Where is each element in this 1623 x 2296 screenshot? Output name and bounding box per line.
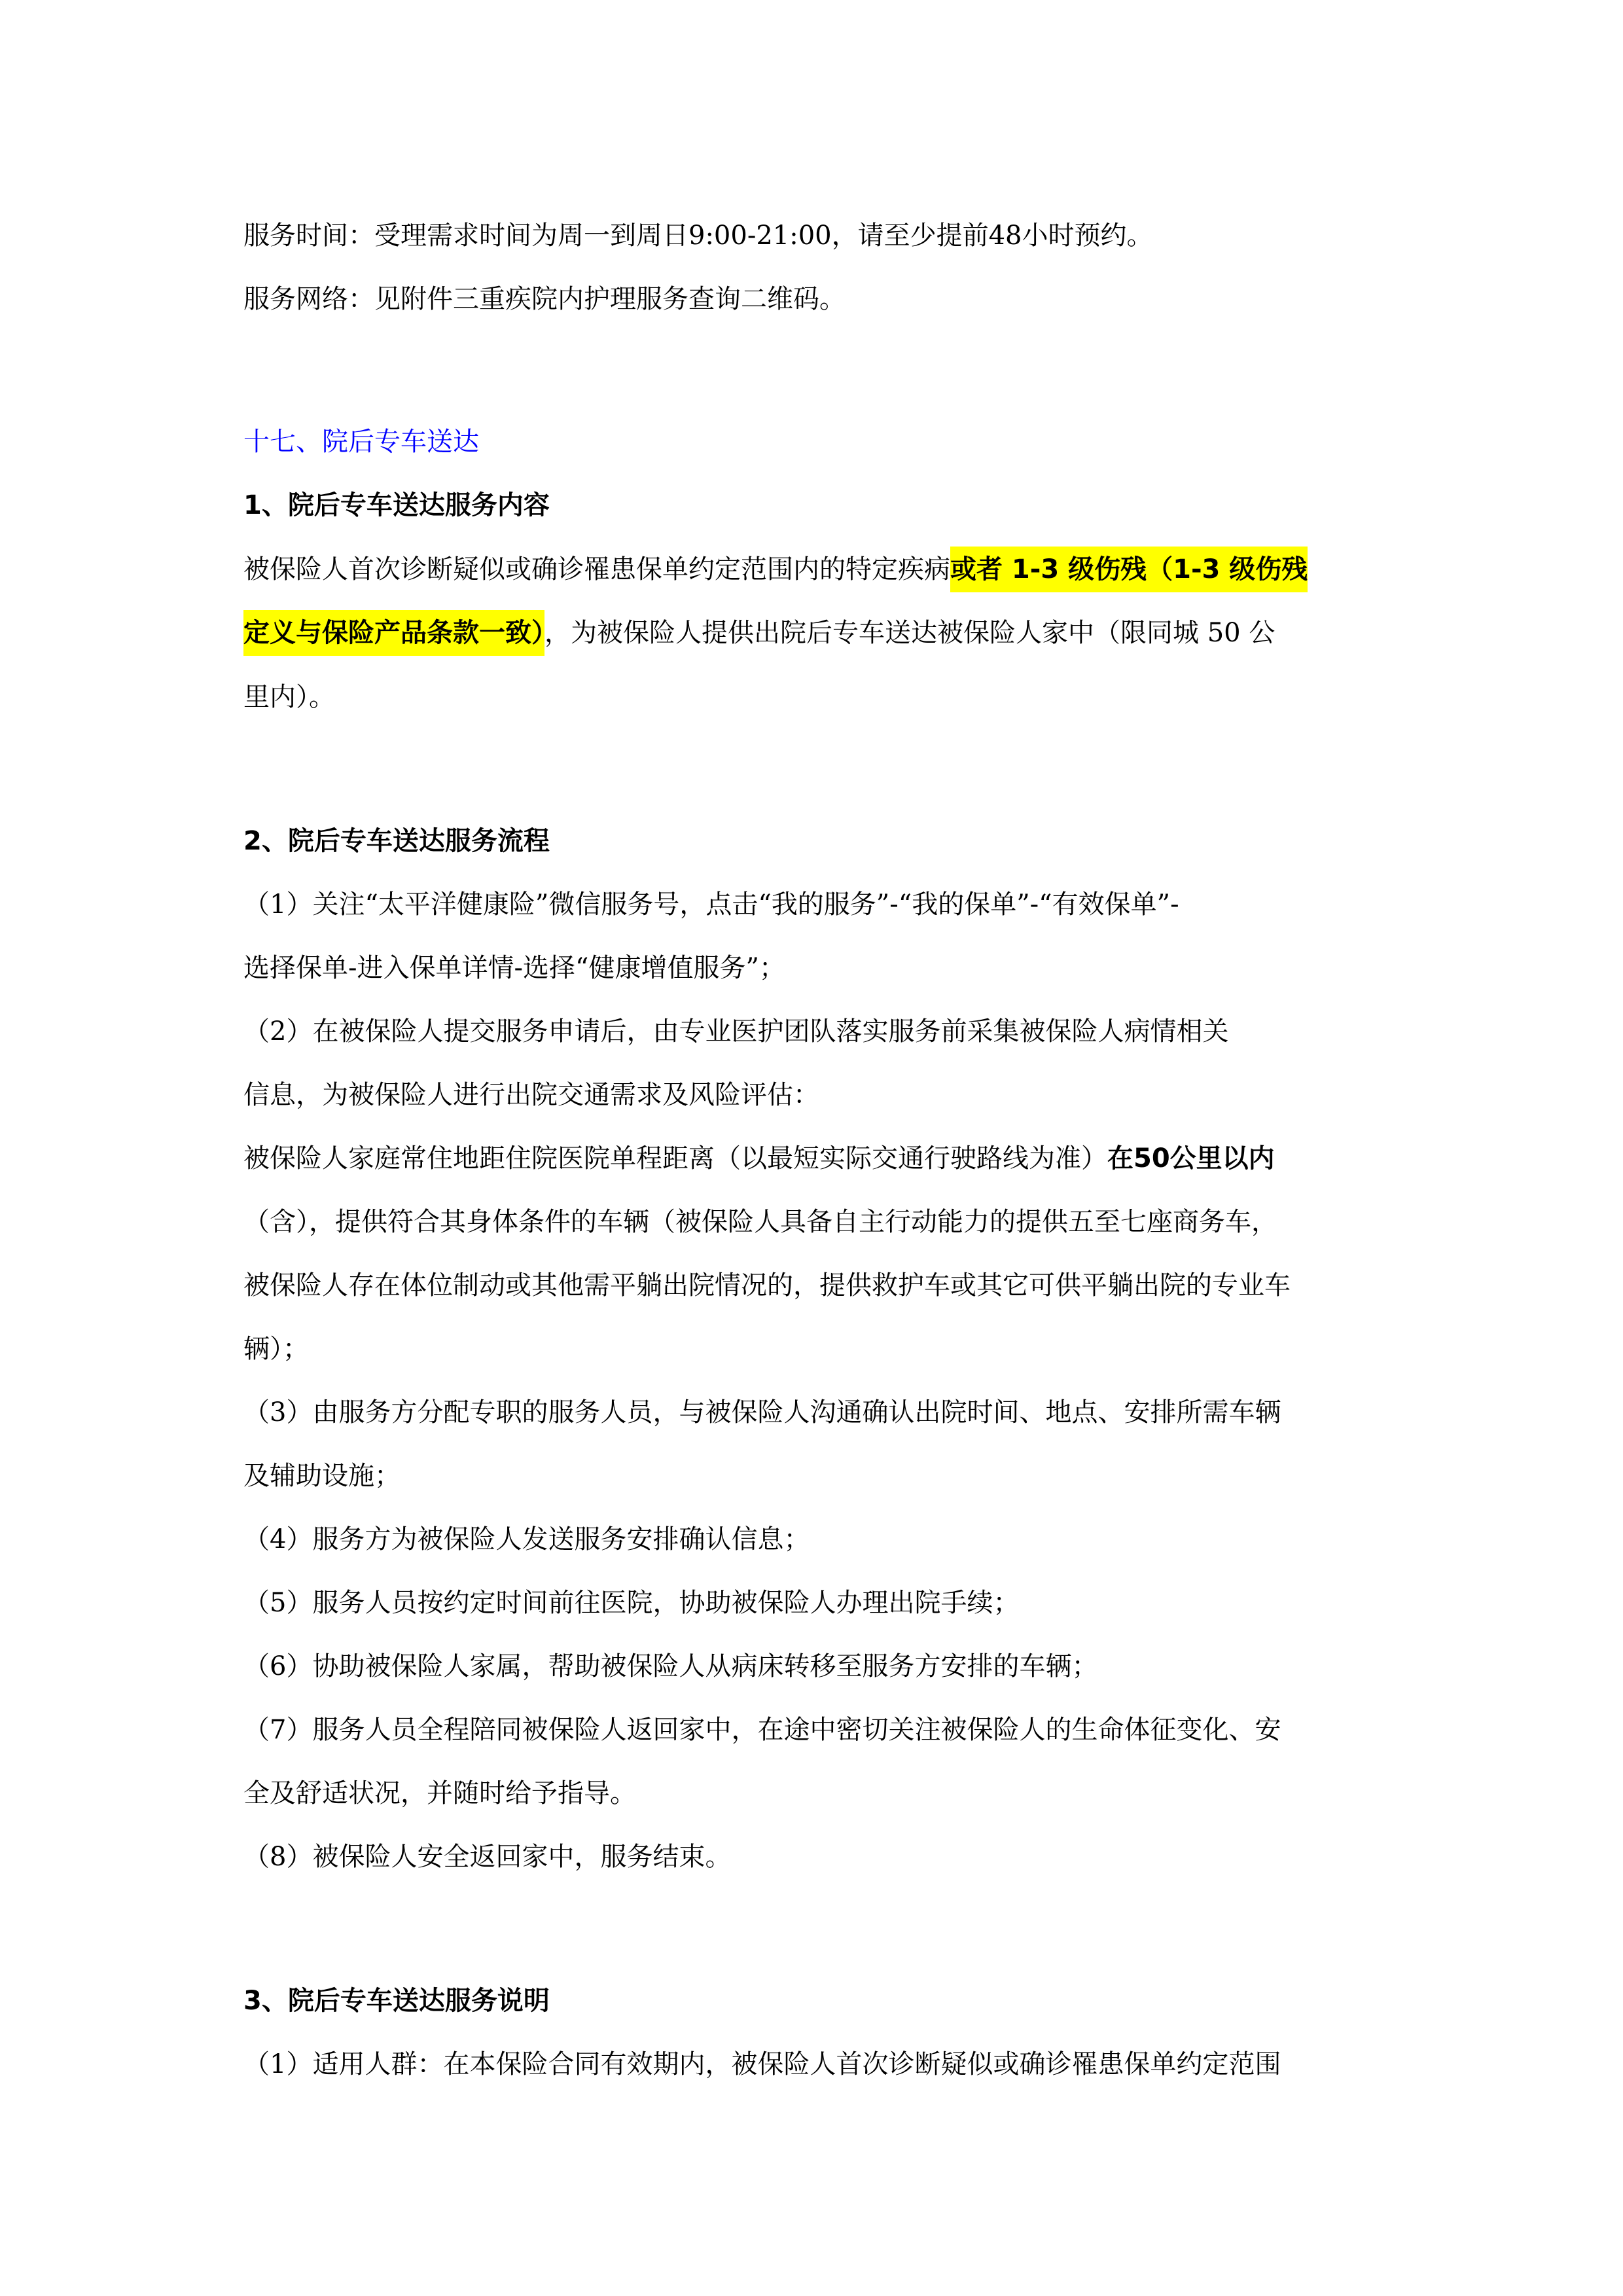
distance-text: 被保险人家庭常住地距住院医院单程距离（以最短实际交通行驶路线为准） — [243, 1143, 1107, 1174]
content-paragraph-line-2: 定义与保险产品条款一致），为被保险人提供出院后专车送达被保险人家中（限同城 50… — [243, 613, 1275, 653]
step-3-line-2: 及辅助设施； — [243, 1456, 401, 1496]
step-3-line-1: （3）由服务方分配专职的服务人员，与被保险人沟通确认出院时间、地点、安排所需车辆 — [243, 1393, 1281, 1432]
distance-limit-bold: 在50公里以内 — [1107, 1143, 1275, 1174]
note-1-line-1: （1）适用人群：在本保险合同有效期内，被保险人首次诊断疑似或确诊罹患保单约定范围 — [243, 2045, 1281, 2084]
content-paragraph-line-1: 被保险人首次诊断疑似或确诊罹患保单约定范围内的特定疾病或者 1-3 级伤残（1-… — [243, 550, 1308, 589]
step-2-line-4: （含），提供符合其身体条件的车辆（被保险人具备自主行动能力的提供五至七座商务车， — [243, 1202, 1277, 1242]
step-2-line-2: 信息，为被保险人进行出院交通需求及风险评估： — [243, 1075, 819, 1115]
step-8: （8）被保险人安全返回家中，服务结束。 — [243, 1837, 731, 1876]
subsection-heading-process: 2、院后专车送达服务流程 — [243, 821, 550, 861]
service-network-text: 服务网络：见附件三重疾院内护理服务查询二维码。 — [243, 279, 846, 319]
step-2-line-1: （2）在被保险人提交服务申请后，由专业医护团队落实服务前采集被保险人病情相关 — [243, 1012, 1228, 1051]
step-2-line-3: 被保险人家庭常住地距住院医院单程距离（以最短实际交通行驶路线为准）在50公里以内 — [243, 1139, 1275, 1178]
subsection-heading-content: 1、院后专车送达服务内容 — [243, 486, 550, 525]
step-2-line-6: 辆）； — [243, 1329, 309, 1369]
content-paragraph-line-3: 里内）。 — [243, 677, 335, 717]
content-text: 被保险人首次诊断疑似或确诊罹患保单约定范围内的特定疾病 — [243, 554, 950, 584]
step-5: （5）服务人员按约定时间前往医院，协助被保险人办理出院手续； — [243, 1583, 1019, 1623]
step-7-line-2: 全及舒适状况，并随时给予指导。 — [243, 1774, 636, 1813]
content-text: ，为被保险人提供出院后专车送达被保险人家中（限同城 50 公 — [544, 618, 1275, 648]
highlighted-text: 或者 1-3 级伤残（1-3 级伤残 — [950, 547, 1308, 592]
step-1-line-1: （1）关注“太平洋健康险”微信服务号，点击“我的服务”-“我的保单”-“有效保单… — [243, 885, 1179, 924]
step-6: （6）协助被保险人家属，帮助被保险人从病床转移至服务方安排的车辆； — [243, 1647, 1097, 1686]
step-7-line-1: （7）服务人员全程陪同被保险人返回家中，在途中密切关注被保险人的生命体征变化、安 — [243, 1710, 1281, 1749]
subsection-heading-notes: 3、院后专车送达服务说明 — [243, 1981, 550, 2020]
service-time-text: 服务时间：受理需求时间为周一到周日9:00-21:00，请至少提前48小时预约。 — [243, 216, 1153, 255]
step-2-line-5: 被保险人存在体位制动或其他需平躺出院情况的，提供救护车或其它可供平躺出院的专业车 — [243, 1266, 1291, 1305]
step-4: （4）服务方为被保险人发送服务安排确认信息； — [243, 1520, 810, 1559]
section-title: 十七、院后专车送达 — [243, 422, 479, 461]
highlighted-text: 定义与保险产品条款一致） — [243, 610, 544, 656]
step-1-line-2: 选择保单-进入保单详情-选择“健康增值服务”； — [243, 948, 785, 988]
